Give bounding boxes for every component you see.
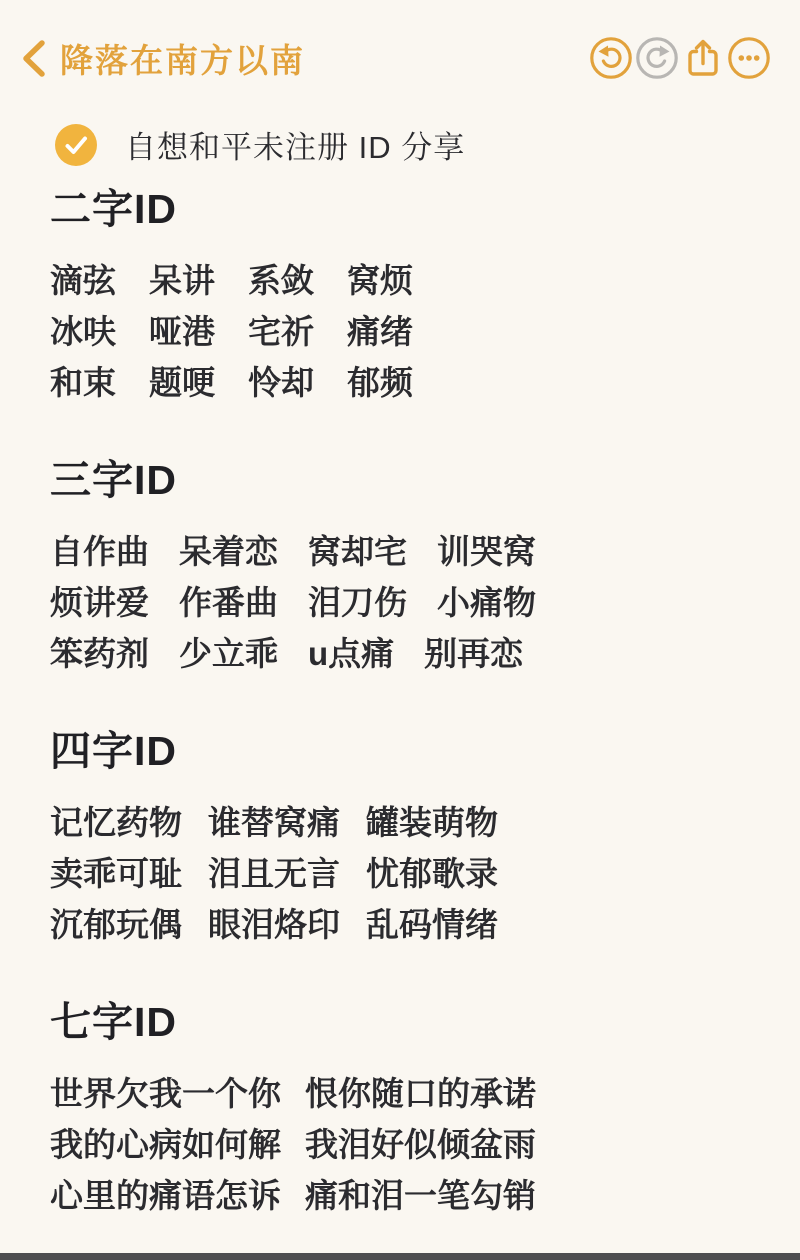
more-options-button[interactable]: [726, 35, 772, 81]
id-row: 冰呋哑港宅祈痛绪: [50, 306, 770, 357]
redo-button[interactable]: [634, 35, 680, 81]
id-word: 自作曲: [50, 526, 149, 577]
id-word: 谁替窝痛: [208, 797, 340, 848]
id-word: 别再恋: [424, 628, 523, 679]
share-icon: [680, 35, 726, 81]
id-word: 忧郁歌录: [366, 848, 498, 899]
id-word: 世界欠我一个你: [50, 1068, 281, 1119]
ellipsis-icon: [726, 35, 772, 81]
id-row: 滴弦呆讲系敛窝烦: [50, 255, 770, 306]
id-row: 烦讲爱作番曲泪刀伤小痛物: [50, 577, 770, 628]
id-word: 罐装萌物: [366, 797, 498, 848]
chevron-left-icon: [16, 36, 50, 80]
id-word: u点痛: [308, 628, 394, 679]
section-title: 四字ID: [50, 729, 770, 773]
id-word: 哑港: [149, 306, 215, 357]
id-row: 世界欠我一个你恨你随口的承诺: [50, 1068, 770, 1119]
back-button-label: 降落在南方以南: [60, 35, 305, 82]
id-word: 我的心病如何解: [50, 1119, 281, 1170]
id-section: 七字ID世界欠我一个你恨你随口的承诺我的心病如何解我泪好似倾盆雨心里的痛语怎诉痛…: [50, 1000, 770, 1221]
undo-icon: [588, 35, 634, 81]
id-word: 窝烦: [347, 255, 413, 306]
id-word: 怜却: [248, 357, 314, 408]
id-row: 记忆药物谁替窝痛罐装萌物: [50, 797, 770, 848]
id-section: 四字ID记忆药物谁替窝痛罐装萌物卖乖可耻泪且无言忧郁歌录沉郁玩偶眼泪烙印乱码情绪: [50, 729, 770, 950]
id-section: 二字ID滴弦呆讲系敛窝烦冰呋哑港宅祈痛绪和束题哽怜却郁频: [50, 187, 770, 408]
id-word: 卖乖可耻: [50, 848, 182, 899]
id-word: 郁频: [347, 357, 413, 408]
id-row: 心里的痛语怎诉痛和泪一笔勾销: [50, 1170, 770, 1221]
id-word: 我泪好似倾盆雨: [305, 1119, 536, 1170]
share-button[interactable]: [680, 35, 726, 81]
id-row: 我的心病如何解我泪好似倾盆雨: [50, 1119, 770, 1170]
id-rows: 记忆药物谁替窝痛罐装萌物卖乖可耻泪且无言忧郁歌录沉郁玩偶眼泪烙印乱码情绪: [50, 797, 770, 950]
undo-button[interactable]: [588, 35, 634, 81]
id-word: 恨你随口的承诺: [305, 1068, 536, 1119]
id-row: 和束题哽怜却郁频: [50, 357, 770, 408]
id-word: 记忆药物: [50, 797, 182, 848]
id-word: 呆着恋: [179, 526, 278, 577]
id-section: 三字ID自作曲呆着恋窝却宅训哭窝烦讲爱作番曲泪刀伤小痛物笨药剂少立乖u点痛别再恋: [50, 458, 770, 679]
id-sections-container: 二字ID滴弦呆讲系敛窝烦冰呋哑港宅祈痛绪和束题哽怜却郁频三字ID自作曲呆着恋窝却…: [50, 187, 770, 1221]
back-button[interactable]: 降落在南方以南: [16, 35, 305, 82]
note-editor[interactable]: 自想和平未注册 ID 分享 二字ID滴弦呆讲系敛窝烦冰呋哑港宅祈痛绪和束题哽怜却…: [0, 122, 800, 1221]
id-row: 自作曲呆着恋窝却宅训哭窝: [50, 526, 770, 577]
id-word: 训哭窝: [437, 526, 536, 577]
id-word: 沉郁玩偶: [50, 899, 182, 950]
id-word: 痛绪: [347, 306, 413, 357]
id-row: 沉郁玩偶眼泪烙印乱码情绪: [50, 899, 770, 950]
id-word: 滴弦: [50, 255, 116, 306]
note-toolbar: 降落在南方以南: [0, 0, 800, 82]
id-word: 乱码情绪: [366, 899, 498, 950]
id-word: 和束: [50, 357, 116, 408]
section-title: 七字ID: [50, 1000, 770, 1044]
id-rows: 世界欠我一个你恨你随口的承诺我的心病如何解我泪好似倾盆雨心里的痛语怎诉痛和泪一笔…: [50, 1068, 770, 1221]
id-word: 系敛: [248, 255, 314, 306]
id-word: 痛和泪一笔勾销: [305, 1170, 536, 1221]
id-word: 笨药剂: [50, 628, 149, 679]
checklist-item-text: 自想和平未注册 ID 分享: [125, 122, 465, 167]
id-word: 泪且无言: [208, 848, 340, 899]
id-word: 题哽: [149, 357, 215, 408]
id-rows: 自作曲呆着恋窝却宅训哭窝烦讲爱作番曲泪刀伤小痛物笨药剂少立乖u点痛别再恋: [50, 526, 770, 679]
id-row: 笨药剂少立乖u点痛别再恋: [50, 628, 770, 679]
id-word: 烦讲爱: [50, 577, 149, 628]
redo-icon: [634, 35, 680, 81]
id-word: 宅祈: [248, 306, 314, 357]
id-word: 小痛物: [437, 577, 536, 628]
checklist-row: 自想和平未注册 ID 分享: [55, 122, 770, 167]
bottom-edge-bar: [0, 1253, 800, 1260]
id-row: 卖乖可耻泪且无言忧郁歌录: [50, 848, 770, 899]
id-word: 心里的痛语怎诉: [50, 1170, 281, 1221]
section-title: 三字ID: [50, 458, 770, 502]
id-word: 眼泪烙印: [208, 899, 340, 950]
id-word: 作番曲: [179, 577, 278, 628]
id-word: 少立乖: [179, 628, 278, 679]
id-rows: 滴弦呆讲系敛窝烦冰呋哑港宅祈痛绪和束题哽怜却郁频: [50, 255, 770, 408]
id-word: 呆讲: [149, 255, 215, 306]
notes-app-screen: 降落在南方以南: [0, 0, 800, 1260]
section-title: 二字ID: [50, 187, 770, 231]
checkmark-circle-icon[interactable]: [55, 124, 97, 166]
id-word: 冰呋: [50, 306, 116, 357]
id-word: 窝却宅: [308, 526, 407, 577]
id-word: 泪刀伤: [308, 577, 407, 628]
